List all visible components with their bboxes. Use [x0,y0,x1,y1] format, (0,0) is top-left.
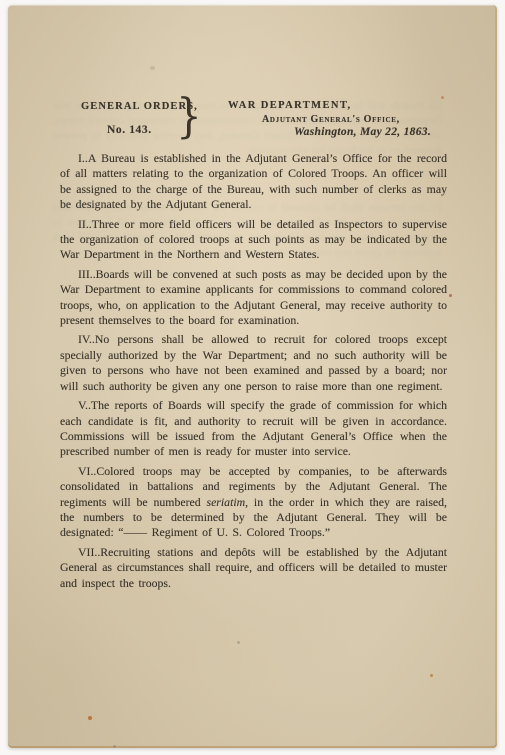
order-paragraph-5: V..The reports of Boards will specify th… [60,398,447,460]
order-paragraph-7: VII..Recruiting stations and depôts will… [60,545,447,591]
paragraph-6-italic-word: seriatim [206,495,245,509]
order-paragraph-3: III..Boards will be convened at such pos… [60,267,447,329]
war-department-heading: WAR DEPARTMENT, [228,100,352,111]
order-paragraph-1: I..A Bureau is established in the Adjuta… [60,151,447,213]
scanned-document-page: { "page": { "background_color": "#f8f7f5… [0,0,505,755]
order-paragraph-4: IV..No persons shall be allowed to recru… [60,332,447,394]
curly-brace-glyph: } [176,92,201,142]
order-paragraph-6: VI..Colored troops may be accepted by co… [60,464,447,541]
order-header: GENERAL ORDERS, No. 143. } WAR DEPARTMEN… [0,95,505,150]
dateline-washington: Washington, May 22, 1863. [294,126,431,138]
order-paragraph-2: II..Three or more field officers will be… [60,217,447,263]
order-body-text: I..A Bureau is established in the Adjuta… [60,151,447,595]
order-number: No. 143. [107,124,152,136]
adjutant-generals-office-line: Adjutant General's Office, [262,114,400,125]
